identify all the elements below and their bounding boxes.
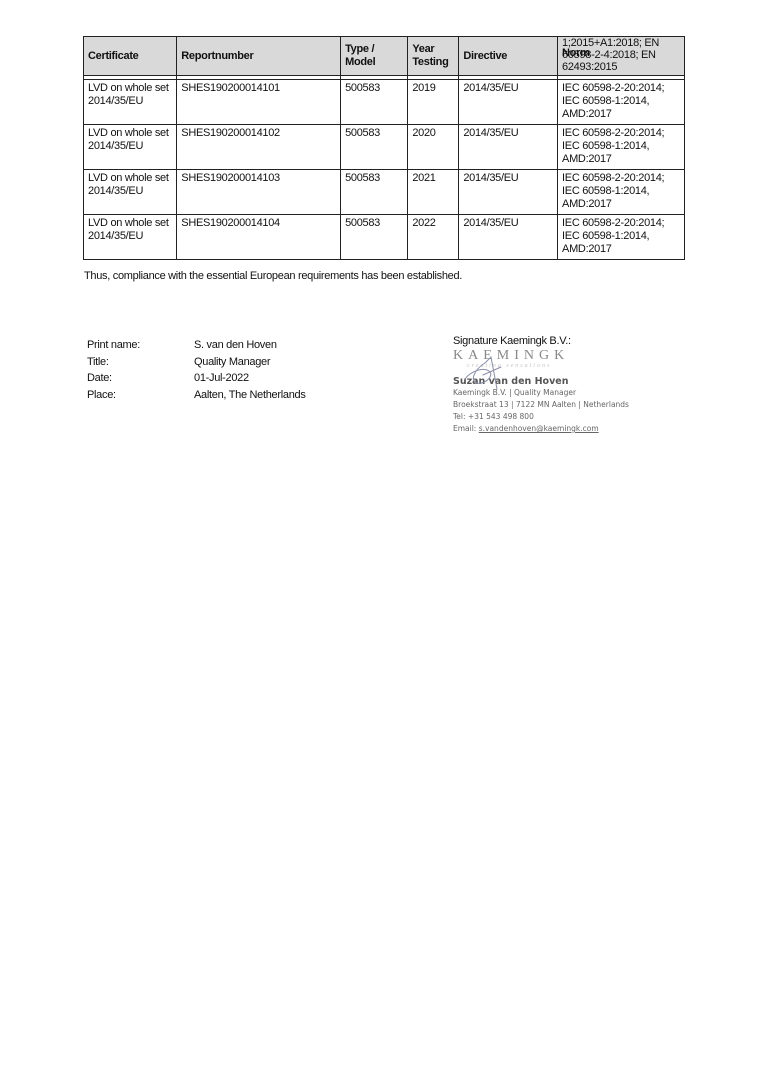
cell-year: 2020 (408, 125, 459, 170)
cell-certificate: LVD on whole set 2014/35/EU (84, 80, 177, 125)
email-label: Email: (453, 424, 479, 433)
cell-type-model: 500583 (341, 215, 408, 260)
certificate-table: Certificate Reportnumber Type / Model Ye… (83, 36, 685, 260)
norm-line: IEC 60598-1:2014, (562, 95, 649, 107)
cell-norm: IEC 60598-2-20:2014; IEC 60598-1:2014, A… (558, 215, 685, 260)
cell-directive: 2014/35/EU (459, 215, 558, 260)
email-line: Email: s.vandenhoven@kaemingk.com (453, 423, 673, 435)
place-label: Place: (87, 387, 194, 404)
date-row: Date: 01-Jul-2022 (87, 370, 306, 387)
header-directive: Directive (459, 37, 558, 76)
header-type-model: Type / Model (341, 37, 408, 76)
cell-reportnumber: SHES190200014101 (177, 80, 341, 125)
norm-line: IEC 60598-2-20:2014; (562, 127, 664, 139)
email-link[interactable]: s.vandenhoven@kaemingk.com (479, 424, 599, 433)
signatory-details: Print name: S. van den Hoven Title: Qual… (87, 337, 306, 403)
norm-line: AMD:2017 (562, 243, 612, 255)
cell-certificate: LVD on whole set 2014/35/EU (84, 170, 177, 215)
place-value: Aalten, The Netherlands (194, 387, 306, 404)
table-header-row: Certificate Reportnumber Type / Model Ye… (84, 37, 685, 76)
norm-line: AMD:2017 (562, 108, 612, 120)
print-name-label: Print name: (87, 337, 194, 354)
cell-norm: IEC 60598-2-20:2014; IEC 60598-1:2014, A… (558, 80, 685, 125)
header-year-testing: Year Testing (408, 37, 459, 76)
cell-year: 2022 (408, 215, 459, 260)
print-name-row: Print name: S. van den Hoven (87, 337, 306, 354)
norm-line: AMD:2017 (562, 198, 612, 210)
norm-line: AMD:2017 (562, 153, 612, 165)
cell-reportnumber: SHES190200014102 (177, 125, 341, 170)
signature-block: Signature Kaemingk B.V.: KAEMINGK creati… (453, 335, 673, 435)
cell-year: 2019 (408, 80, 459, 125)
cell-directive: 2014/35/EU (459, 125, 558, 170)
handwritten-signature-icon (461, 349, 521, 394)
cell-reportnumber: SHES190200014103 (177, 170, 341, 215)
header-type-model-line1: Type / (345, 43, 374, 55)
table-row: LVD on whole set 2014/35/EU SHES19020001… (84, 125, 685, 170)
cell-directive: 2014/35/EU (459, 80, 558, 125)
norm-line: IEC 60598-2-20:2014; (562, 172, 664, 184)
telephone: Tel: +31 543 498 800 (453, 411, 673, 423)
company-address: Broekstraat 13 | 7122 MN Aalten | Nether… (453, 399, 673, 411)
norm-line: IEC 60598-1:2014, (562, 185, 649, 197)
norm-line: IEC 60598-2-20:2014; (562, 82, 664, 94)
table-row: LVD on whole set 2014/35/EU SHES19020001… (84, 215, 685, 260)
norm-line: IEC 60598-2-20:2014; (562, 217, 664, 229)
cell-type-model: 500583 (341, 170, 408, 215)
table-row: LVD on whole set 2014/35/EU SHES19020001… (84, 170, 685, 215)
signature-heading: Signature Kaemingk B.V.: (453, 335, 673, 347)
norm-line: IEC 60598-1:2014, (562, 140, 649, 152)
header-norm: 1;2015+A1:2018; EN 60598-2-4:2018; EN 62… (558, 37, 685, 76)
date-value: 01-Jul-2022 (194, 370, 249, 387)
cell-certificate: LVD on whole set 2014/35/EU (84, 125, 177, 170)
cell-certificate: LVD on whole set 2014/35/EU (84, 215, 177, 260)
cell-directive: 2014/35/EU (459, 170, 558, 215)
cell-norm: IEC 60598-2-20:2014; IEC 60598-1:2014, A… (558, 170, 685, 215)
cell-type-model: 500583 (341, 80, 408, 125)
cell-year: 2021 (408, 170, 459, 215)
cell-type-model: 500583 (341, 125, 408, 170)
header-type-model-line2: Model (345, 56, 375, 68)
table-row: LVD on whole set 2014/35/EU SHES19020001… (84, 80, 685, 125)
cell-norm: IEC 60598-2-20:2014; IEC 60598-1:2014, A… (558, 125, 685, 170)
header-year-line2: Testing (412, 56, 448, 68)
title-row: Title: Quality Manager (87, 354, 306, 371)
cell-reportnumber: SHES190200014104 (177, 215, 341, 260)
header-certificate: Certificate (84, 37, 177, 76)
norm-line: IEC 60598-1:2014, (562, 230, 649, 242)
norm-overflow-line3: 62493:2015 (562, 61, 680, 73)
title-label: Title: (87, 354, 194, 371)
header-year-line1: Year (412, 43, 434, 55)
place-row: Place: Aalten, The Netherlands (87, 387, 306, 404)
compliance-statement: Thus, compliance with the essential Euro… (84, 270, 462, 282)
norm-label: Norm (562, 47, 590, 60)
date-label: Date: (87, 370, 194, 387)
header-reportnumber: Reportnumber (177, 37, 341, 76)
title-value: Quality Manager (194, 354, 270, 371)
print-name-value: S. van den Hoven (194, 337, 277, 354)
